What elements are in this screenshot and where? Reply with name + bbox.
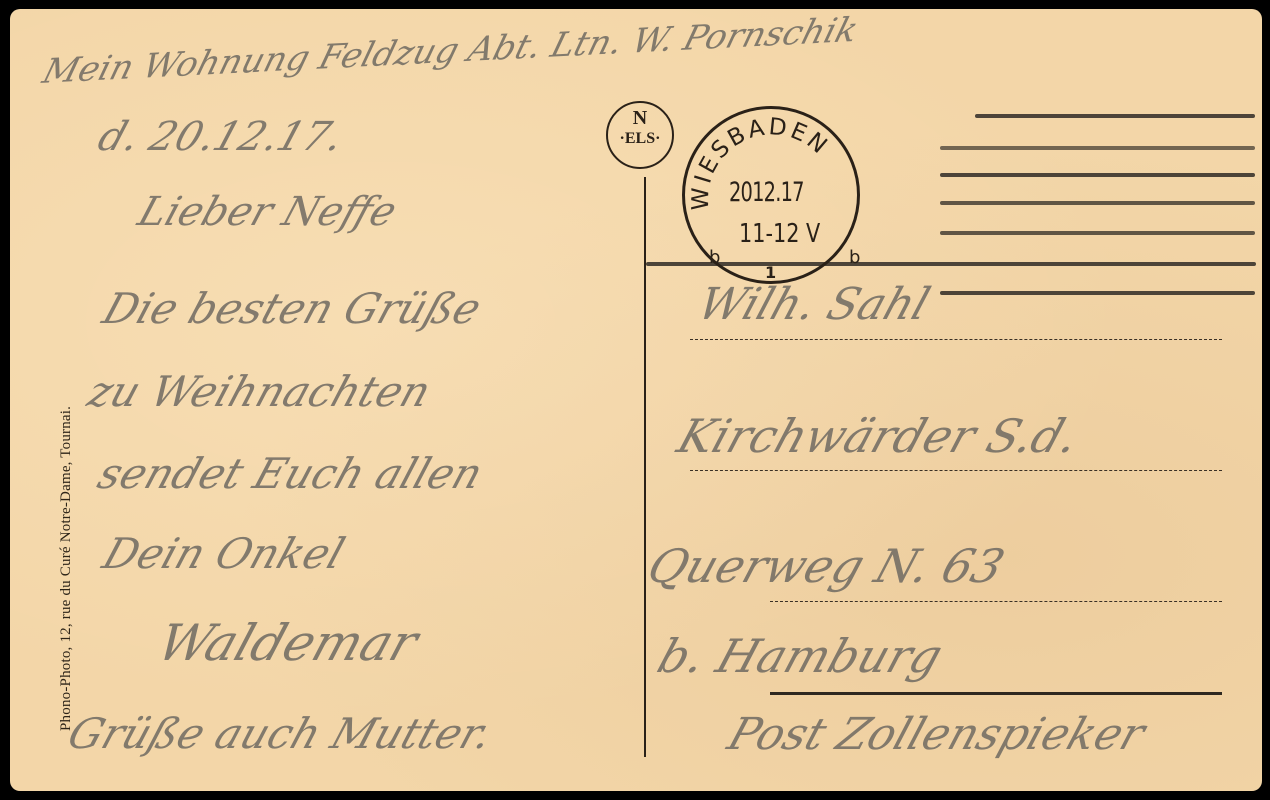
address-city: b. Hamburg <box>651 629 949 683</box>
message-date: d. 20.12.17. <box>93 114 350 160</box>
message-line-3: zu Weihnachten <box>82 367 437 416</box>
address-street: Querweg N. 63 <box>641 539 1011 593</box>
postmark-time: 11-12 V <box>739 219 820 249</box>
address-post: Post Zollenspieker <box>722 709 1151 760</box>
cancellation-line <box>975 114 1255 118</box>
address-line-2 <box>690 470 1222 471</box>
cancellation-line <box>940 146 1255 150</box>
postmark-mark-right: b <box>849 247 860 268</box>
nels-logo: N ·ELS· <box>606 101 674 169</box>
address-name: Wilh. Sahl <box>692 279 936 330</box>
message-line-4: sendet Euch allen <box>92 449 489 498</box>
postmark-date: 2012.17 <box>729 177 804 208</box>
cancellation-line <box>940 201 1255 205</box>
message-signature: Waldemar <box>151 614 425 672</box>
message-line-1: Lieber Neffe <box>133 189 403 235</box>
cancellation-line <box>940 291 1255 295</box>
cancellation-line <box>940 231 1255 235</box>
address-line-3 <box>770 601 1222 602</box>
postcard-back: Phono-Photo, 12, rue du Curé Notre-Dame,… <box>10 9 1262 791</box>
address-line-4 <box>770 692 1222 695</box>
address-town: Kirchwärder S.d. <box>671 409 1086 463</box>
logo-letter-n: N <box>633 107 647 130</box>
cancellation-line <box>940 173 1255 177</box>
address-line-1 <box>690 339 1222 340</box>
logo-letters-els: ·ELS· <box>620 130 661 148</box>
postmark-mark-left: b <box>709 247 720 268</box>
message-line-5: Dein Onkel <box>97 529 351 578</box>
publisher-imprint: Phono-Photo, 12, rue du Curé Notre-Dame,… <box>58 406 75 731</box>
message-line-7: Grüße auch Mutter. <box>62 709 498 758</box>
postmark-stamp: WIESBADEN 2012.17 11-12 V b b 1 <box>682 106 860 284</box>
message-header: Mein Wohnung Feldzug Abt. Ltn. W. Pornsc… <box>38 10 862 92</box>
message-line-2: Die besten Grüße <box>97 284 487 333</box>
